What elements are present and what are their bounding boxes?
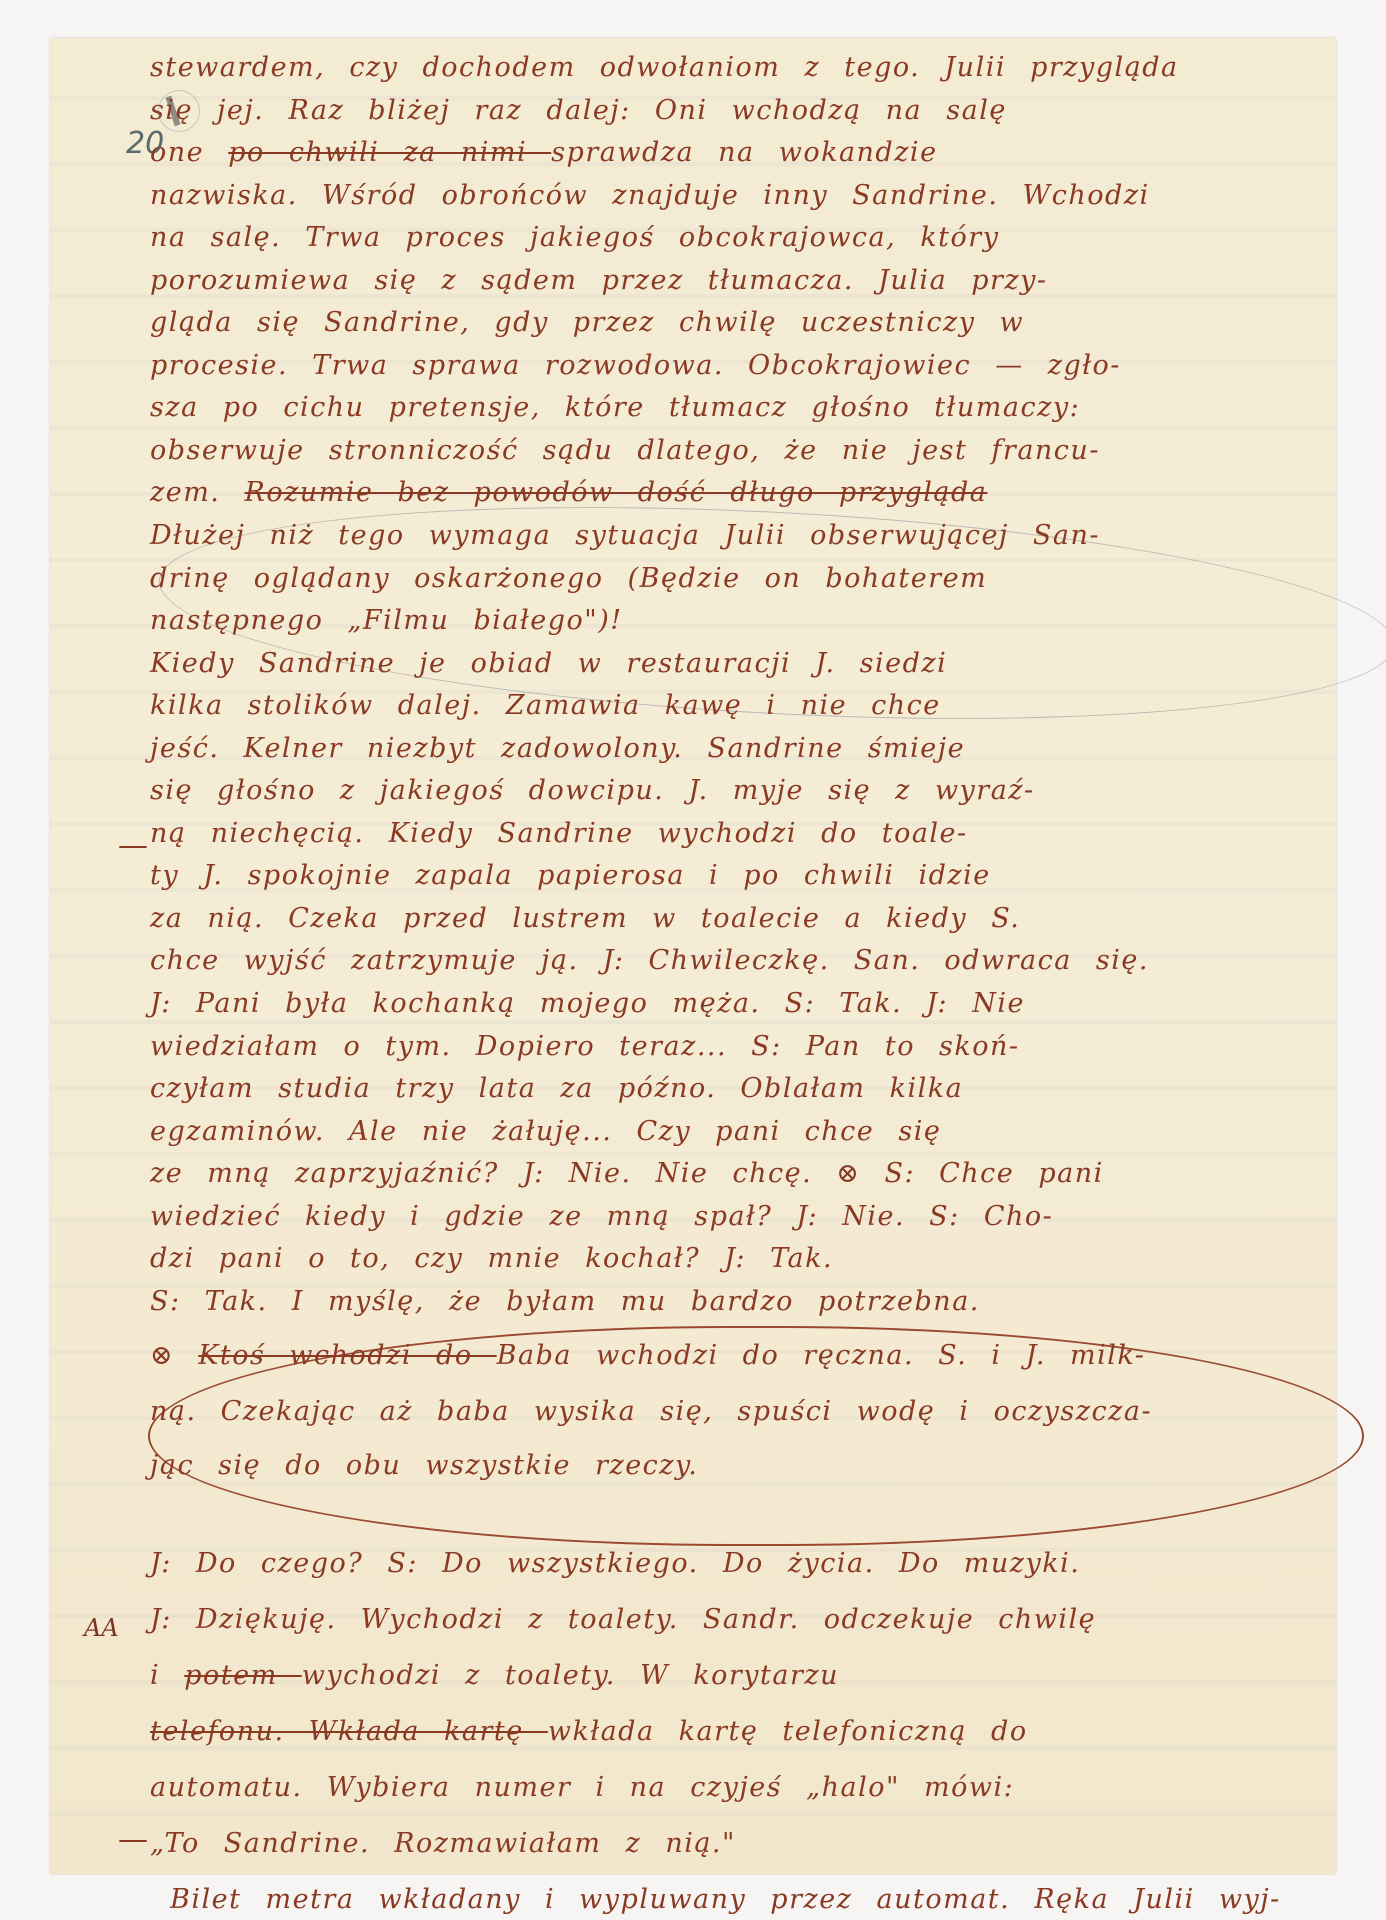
manuscript-line: jeść. Kelner niezbyt zadowolony. Sandrin… xyxy=(150,733,965,764)
manuscript-line: telefonu. Wkłada kartę wkłada kartę tele… xyxy=(150,1716,1028,1747)
manuscript-line: J: Dziękuję. Wychodzi z toalety. Sandr. … xyxy=(150,1604,1096,1635)
line-text: następnego „Filmu białego")! xyxy=(150,605,623,636)
manuscript-line: wiedzieć kiedy i gdzie ze mną spał? J: N… xyxy=(150,1201,1053,1232)
line-text: jeść. Kelner niezbyt zadowolony. Sandrin… xyxy=(150,733,965,764)
line-text: J: Do czego? S: Do wszystkiego. Do życia… xyxy=(150,1548,1080,1579)
line-text: kilka stolików dalej. Zamawia kawę i nie… xyxy=(150,690,941,721)
manuscript-line: one po chwili za nimi sprawdza na wokand… xyxy=(150,137,938,168)
line-text: ną niechęcią. Kiedy Sandrine wychodzi do… xyxy=(150,818,968,849)
line-text: S: Tak. I myślę, że byłam mu bardzo potr… xyxy=(150,1286,980,1317)
line-text-tail: wychodzi z toalety. W korytarzu xyxy=(302,1660,839,1691)
manuscript-line: Kiedy Sandrine je obiad w restauracji J.… xyxy=(150,648,947,679)
line-text-tail: (Będzie on bohaterem xyxy=(628,563,988,594)
line-text: Kiedy Sandrine je obiad w restauracji J.… xyxy=(150,648,947,679)
manuscript-line: J: Do czego? S: Do wszystkiego. Do życia… xyxy=(150,1548,1080,1579)
manuscript-line: gląda się Sandrine, gdy przez chwilę ucz… xyxy=(150,307,1024,338)
manuscript-line: i potem wychodzi z toalety. W korytarzu xyxy=(150,1660,839,1691)
manuscript-line: chce wyjść zatrzymuje ją. J: Chwileczkę.… xyxy=(150,945,1149,976)
manuscript-line: dzi pani o to, czy mnie kochał? J: Tak. xyxy=(150,1243,833,1274)
line-text: stewardem, czy dochodem odwołaniom z teg… xyxy=(150,52,1030,83)
manuscript-line: się jej. Raz bliżej raz dalej: Oni wchod… xyxy=(150,95,1007,126)
circled-insert-line: ną. Czekając aż baba wysika się, spuści … xyxy=(150,1396,1152,1427)
line-text: chce wyjść zatrzymuje ją. J: Chwileczkę.… xyxy=(150,945,1149,976)
manuscript-line: za nią. Czeka przed lustrem w toalecie a… xyxy=(150,903,1020,934)
line-text: ze mną zaprzyjaźnić? J: Nie. Nie chcę. ⊗… xyxy=(150,1158,1104,1189)
insert-marker: ⊗ xyxy=(150,1340,198,1371)
line-text-tail: sprawdza na wokandzie xyxy=(551,137,937,168)
manuscript-line: się głośno z jakiegoś dowcipu. J. myje s… xyxy=(150,775,1035,806)
line-text: dzi pani o to, czy mnie kochał? J: Tak. xyxy=(150,1243,833,1274)
manuscript-line: ty J. spokojnie zapala papierosa i po ch… xyxy=(150,860,991,891)
line-text: porozumiewa się z sądem przez tłumacza. … xyxy=(150,265,1048,296)
manuscript-line: stewardem, czy dochodem odwołaniom z teg… xyxy=(150,52,1179,83)
line-text: procesie. Trwa sprawa rozwodowa. Obcokra… xyxy=(150,350,1121,381)
manuscript-line: J: Pani była kochanką mojego męża. S: Ta… xyxy=(150,988,1025,1019)
manuscript-line: porozumiewa się z sądem przez tłumacza. … xyxy=(150,265,1048,296)
line-text: automatu. Wybiera numer i na czyjeś „hal… xyxy=(150,1772,1014,1803)
manuscript-line: obserwuje stronniczość sądu dlatego, że … xyxy=(150,435,1100,466)
line-text: Dłużej niż tego wymaga sytuacja Julii ob… xyxy=(150,520,1100,551)
line-text: egzaminów. Ale nie żałuję... Czy pani ch… xyxy=(150,1116,941,1147)
line-text: się głośno z jakiegoś dowcipu. J. myje s… xyxy=(150,775,1035,806)
struck-text: potem xyxy=(184,1660,302,1691)
manuscript-line: ze mną zaprzyjaźnić? J: Nie. Nie chcę. ⊗… xyxy=(150,1158,1104,1189)
line-text: Baba wchodzi do ręczna. S. i J. milk- xyxy=(497,1340,1146,1371)
manuscript-line: następnego „Filmu białego")! xyxy=(150,605,623,636)
manuscript-line: kilka stolików dalej. Zamawia kawę i nie… xyxy=(150,690,941,721)
struck-text: Ktoś wchodzi do xyxy=(198,1340,496,1371)
aa-margin-note: AA xyxy=(84,1614,119,1642)
struck-text: Rozumie bez powodów dość długo przygląda xyxy=(244,477,987,508)
manuscript-line: nazwiska. Wśród obrońców znajduje inny S… xyxy=(150,180,1150,211)
manuscript-line: drinę oglądany oskarżonego (Będzie on bo… xyxy=(150,563,987,594)
line-text: na salę. Trwa proces jakiegoś obcokrajow… xyxy=(150,222,999,253)
line-text: J: Dziękuję. Wychodzi z toalety. Sandr. … xyxy=(150,1604,1096,1635)
circled-insert-line: jąc się do obu wszystkie rzeczy. xyxy=(150,1450,698,1481)
line-text: zem. xyxy=(150,477,244,508)
line-text: się jej. Raz bliżej raz dalej: Oni wchod… xyxy=(150,95,1007,126)
manuscript-line: sza po cichu pretensje, które tłumacz gł… xyxy=(150,392,1080,423)
line-text: obserwuje stronniczość sądu dlatego, że … xyxy=(150,435,1100,466)
manuscript-line: wiedziałam o tym. Dopiero teraz... S: Pa… xyxy=(150,1031,1020,1062)
section-dash: — xyxy=(118,1822,148,1857)
line-text: „To Sandrine. Rozmawiałam z nią." xyxy=(150,1828,736,1859)
line-text: one xyxy=(150,137,228,168)
line-text: Bilet metra wkładany i wypluwany przez a… xyxy=(170,1884,1281,1915)
manuscript-line: automatu. Wybiera numer i na czyjeś „hal… xyxy=(150,1772,1014,1803)
line-text: sza po cichu pretensje, które tłumacz gł… xyxy=(150,392,1080,423)
line-text: ty J. spokojnie zapala papierosa i po ch… xyxy=(150,860,991,891)
manuscript-line: procesie. Trwa sprawa rozwodowa. Obcokra… xyxy=(150,350,1121,381)
line-text: nazwiska. Wśród obrońców znajduje inny S… xyxy=(150,180,1150,211)
section-dash: — xyxy=(118,828,148,863)
line-text: za nią. Czeka przed lustrem w toalecie a… xyxy=(150,903,1020,934)
line-text-tail: przygląda xyxy=(1030,52,1179,83)
circled-insert-line: ⊗ Ktoś wchodzi do Baba wchodzi do ręczna… xyxy=(150,1340,1145,1371)
manuscript-line: „To Sandrine. Rozmawiałam z nią." xyxy=(150,1828,736,1859)
line-text: czyłam studia trzy lata za późno. Oblała… xyxy=(150,1073,963,1104)
manuscript-line: zem. Rozumie bez powodów dość długo przy… xyxy=(150,477,987,508)
line-text: wiedziałam o tym. Dopiero teraz... S: Pa… xyxy=(150,1031,1020,1062)
line-text: J: Pani była kochanką mojego męża. S: Ta… xyxy=(150,988,1025,1019)
struck-text: telefonu. Wkłada kartę xyxy=(150,1716,548,1747)
line-text-tail: wkłada kartę telefoniczną do xyxy=(548,1716,1028,1747)
line-text: drinę oglądany oskarżonego xyxy=(150,563,628,594)
manuscript-line: Dłużej niż tego wymaga sytuacja Julii ob… xyxy=(150,520,1100,551)
struck-text: po chwili za nimi xyxy=(228,137,551,168)
line-text: i xyxy=(150,1660,184,1691)
manuscript-line: na salę. Trwa proces jakiegoś obcokrajow… xyxy=(150,222,999,253)
manuscript-line: czyłam studia trzy lata za późno. Oblała… xyxy=(150,1073,963,1104)
manuscript-line: egzaminów. Ale nie żałuję... Czy pani ch… xyxy=(150,1116,941,1147)
manuscript-line: Bilet metra wkładany i wypluwany przez a… xyxy=(170,1884,1281,1915)
line-text: gląda się Sandrine, gdy przez chwilę ucz… xyxy=(150,307,1024,338)
manuscript-line: ną niechęcią. Kiedy Sandrine wychodzi do… xyxy=(150,818,968,849)
line-text: wiedzieć kiedy i gdzie ze mną spał? J: N… xyxy=(150,1201,1053,1232)
manuscript-line: S: Tak. I myślę, że byłam mu bardzo potr… xyxy=(150,1286,980,1317)
